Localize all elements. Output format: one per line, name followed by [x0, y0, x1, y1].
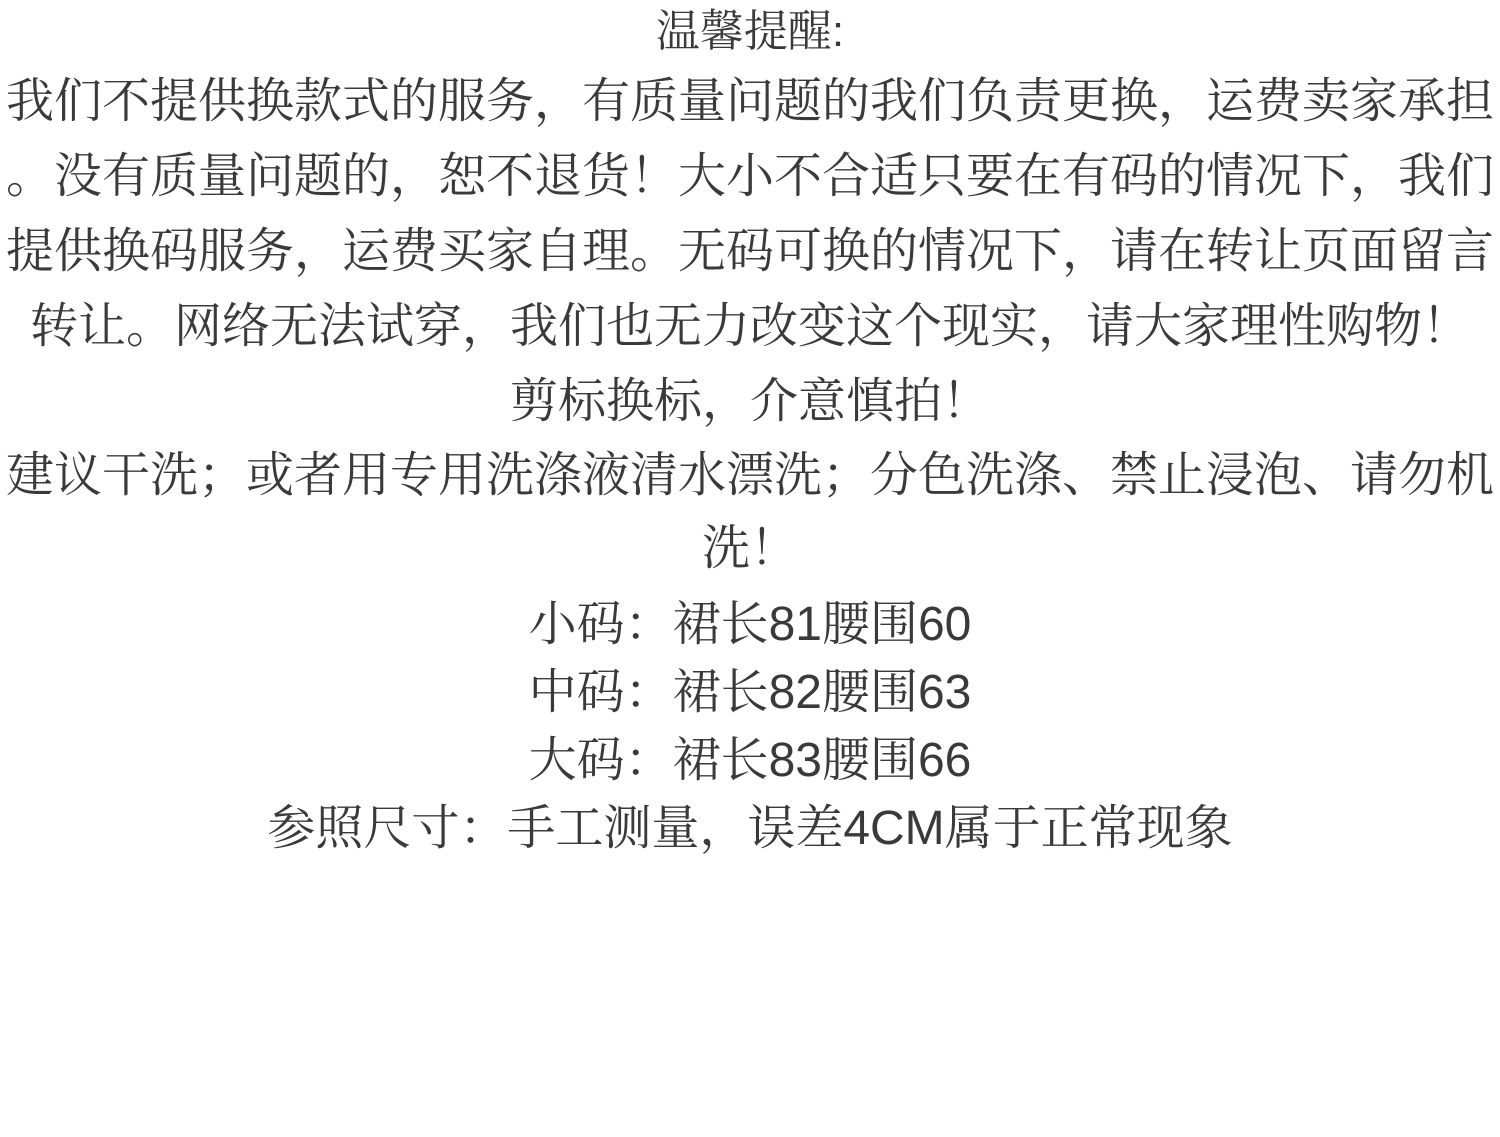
size-chart: 小码：裙长81腰围60 中码：裙长82腰围63 大码：裙长83腰围66	[0, 591, 1500, 795]
size-small-line: 小码：裙长81腰围60	[0, 591, 1500, 659]
label-warning-line: 剪标换标，介意慎拍！	[0, 364, 1500, 439]
size-medium-line: 中码：裙长82腰围63	[0, 659, 1500, 727]
exchange-policy-paragraph: 我们不提供换款式的服务，有质量问题的我们负责更换，运费卖家承担。没有质量问题的，…	[0, 64, 1500, 364]
size-large-line: 大码：裙长83腰围66	[0, 727, 1500, 795]
notice-title: 温馨提醒:	[0, 0, 1500, 64]
care-instructions-paragraph: 建议干洗；或者用专用洗涤液清水漂洗；分色洗涤、禁止浸泡、请勿机洗！	[0, 439, 1500, 585]
measurement-note-line: 参照尺寸：手工测量，误差4CM属于正常现象	[0, 795, 1500, 863]
notice-document: 温馨提醒: 我们不提供换款式的服务，有质量问题的我们负责更换，运费卖家承担。没有…	[0, 0, 1500, 863]
